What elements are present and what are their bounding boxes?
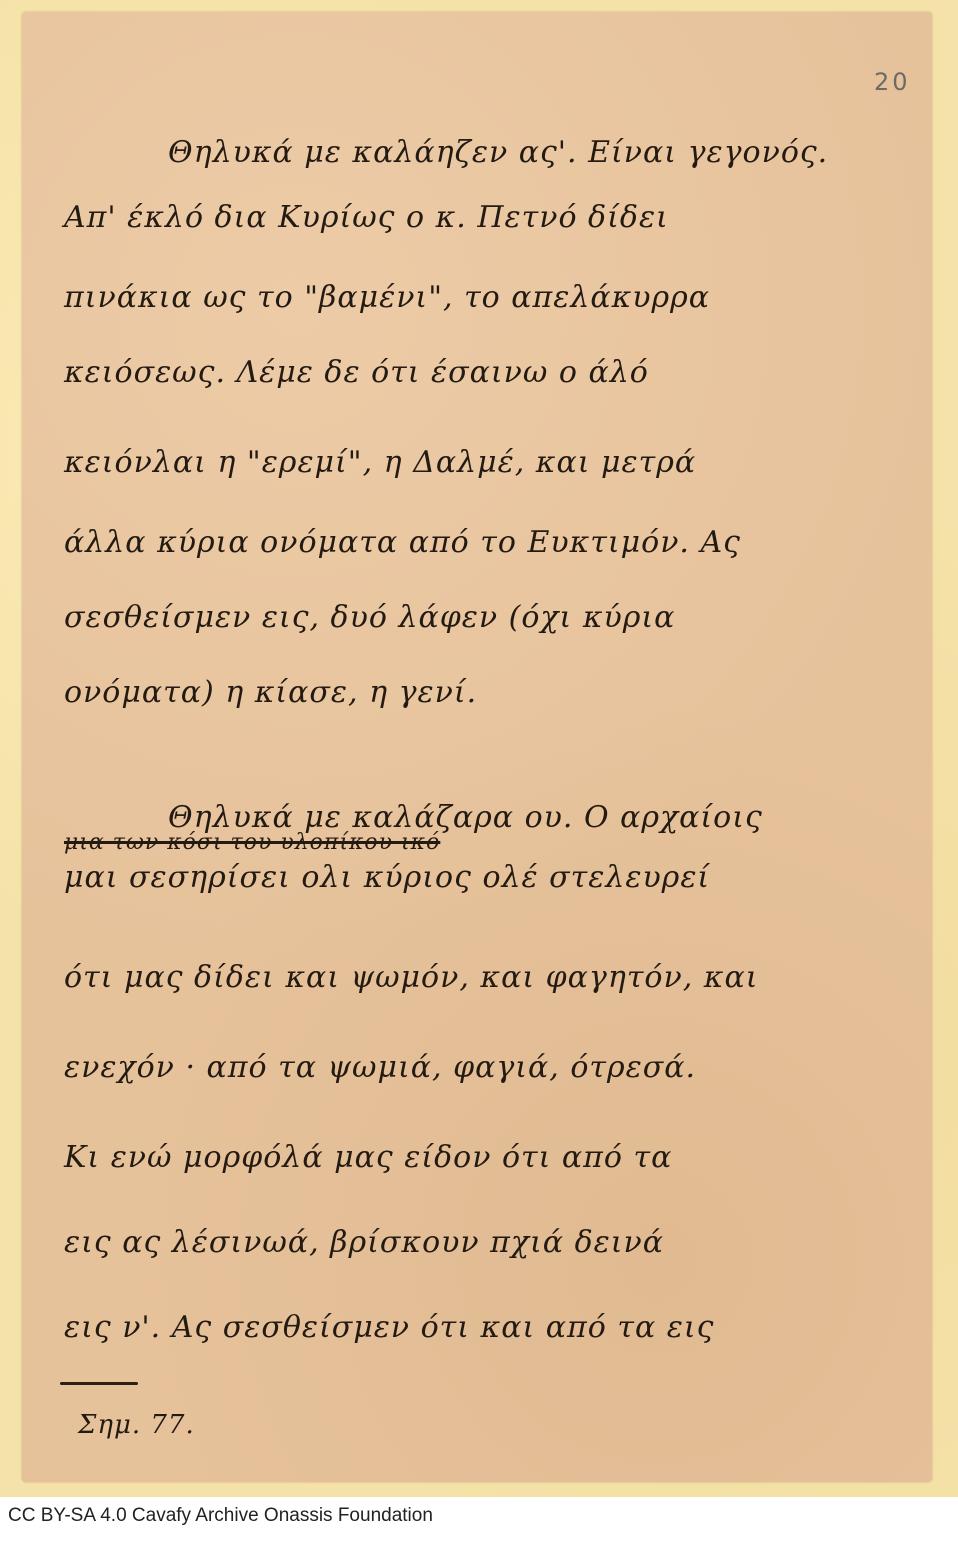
manuscript-line: ότι μας δίδει και ψωμόν, και φαγητόν, κα…: [64, 960, 758, 995]
manuscript-line: άλλα κύρια ονόματα από το Ευκτιμόν. Ας: [64, 525, 741, 560]
folio-number: 20: [874, 68, 911, 96]
manuscript-line: σεσθείσμεν εις, δυό λάφεν (όχι κύρια: [64, 600, 675, 635]
manuscript-line: πινάκια ως το "βαμένι", το απελάκυρρα: [64, 280, 710, 315]
struck-line: μια των κόσι του υλοπίκου ικό: [64, 830, 440, 855]
manuscript-line: εις ας λέσινωά, βρίσκουν πχιά δεινά: [64, 1225, 664, 1260]
footnote-rule: [60, 1382, 138, 1385]
manuscript-line: κειόνλαι η "ερεμί", η Δαλμέ, και μετρά: [64, 445, 696, 480]
manuscript-line: μαι σεσηρίσει ολι κύριος ολέ στελευρεί: [64, 860, 710, 895]
manuscript-line: ενεχόν · από τα ψωμιά, φαγιά, ότρεσά.: [64, 1050, 696, 1085]
license-caption: CC BY-SA 4.0 Cavafy Archive Onassis Foun…: [8, 1505, 433, 1527]
manuscript-line: κειόσεως. Λέμε δε ότι έσαινω ο άλό: [64, 355, 649, 390]
footnote: Σημ. 77.: [78, 1410, 195, 1440]
manuscript-line: Κι ενώ μορφόλά μας είδον ότι από τα: [64, 1140, 672, 1175]
manuscript-line: ονόματα) η κίασε, η γενί.: [64, 675, 477, 710]
manuscript-line: Απ' έκλό δια Κυρίως ο κ. Πετνό δίδει: [64, 200, 669, 235]
manuscript-line: εις ν'. Ας σεσθείσμεν ότι και από τα εις: [64, 1310, 714, 1345]
manuscript-line: Θηλυκά με καλάηζεν ας'. Είναι γεγονός.: [168, 135, 828, 170]
